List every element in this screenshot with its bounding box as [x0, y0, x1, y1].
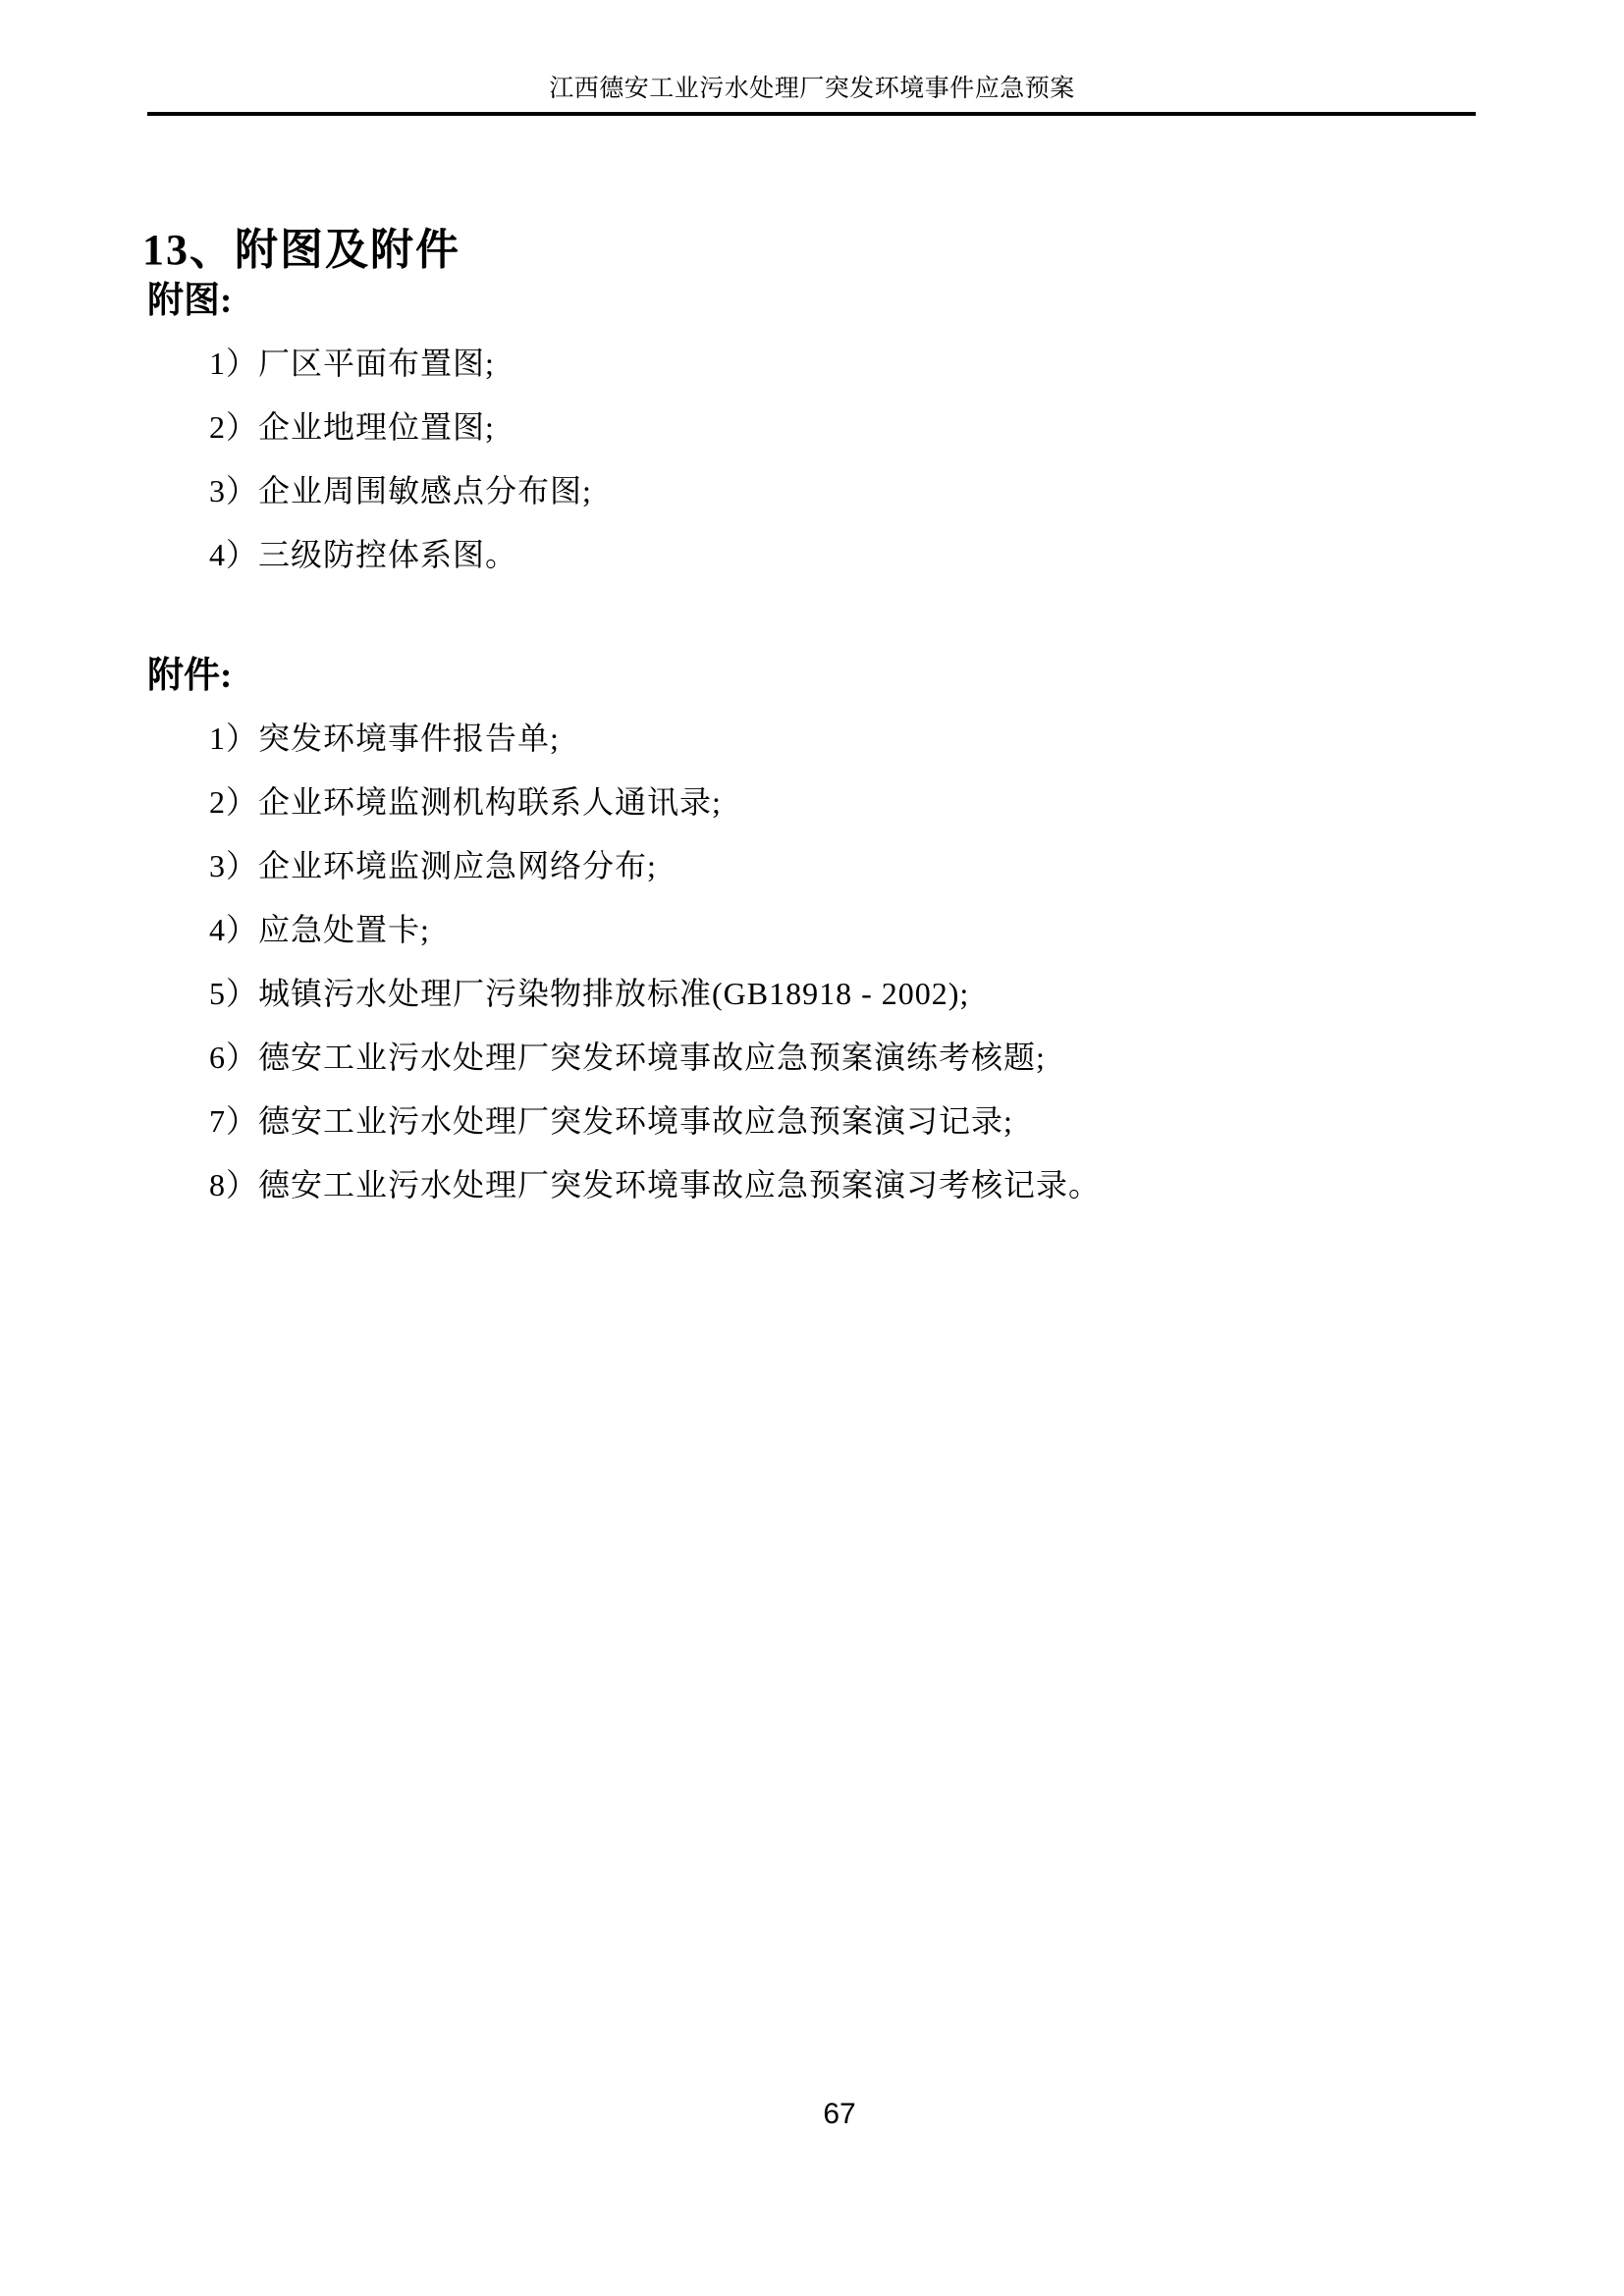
attachment-list-item: 4）应急处置卡;	[209, 898, 1101, 962]
attachment-list-item: 6）德安工业污水处理厂突发环境事故应急预案演练考核题;	[209, 1026, 1101, 1090]
attachment-list-item: 7）德安工业污水处理厂突发环境事故应急预案演习记录;	[209, 1090, 1101, 1153]
attachments-label: 附件:	[147, 657, 232, 696]
figure-list-item: 2）企业地理位置图;	[209, 396, 592, 459]
attachment-list-item: 2）企业环境监测机构联系人通讯录;	[209, 771, 1101, 834]
figure-list-item: 3）企业周围敏感点分布图;	[209, 459, 592, 523]
attachment-list-item: 1）突发环境事件报告单;	[209, 707, 1101, 771]
figure-list-item: 1）厂区平面布置图;	[209, 332, 592, 396]
attachment-list-item: 3）企业环境监测应急网络分布;	[209, 834, 1101, 898]
attachments-list: 1）突发环境事件报告单; 2）企业环境监测机构联系人通讯录; 3）企业环境监测应…	[209, 707, 1101, 1217]
attached-figures-label: 附图:	[147, 282, 232, 321]
attached-figures-list: 1）厂区平面布置图; 2）企业地理位置图; 3）企业周围敏感点分布图; 4）三级…	[209, 332, 592, 587]
chapter-heading: 13、附图及附件	[142, 225, 460, 276]
document-page: { "page": { "header_title": "江西德安工业污水处理厂…	[0, 0, 1624, 2296]
header-rule-divider	[147, 112, 1476, 116]
figure-list-item: 4）三级防控体系图。	[209, 523, 592, 587]
page-header-title: 江西德安工业污水处理厂突发环境事件应急预案	[0, 76, 1624, 102]
attachment-list-item: 5）城镇污水处理厂污染物排放标准(GB18918 - 2002);	[209, 962, 1101, 1026]
attachment-list-item: 8）德安工业污水处理厂突发环境事故应急预案演习考核记录。	[209, 1153, 1101, 1217]
page-number: 67	[0, 2098, 1624, 2130]
